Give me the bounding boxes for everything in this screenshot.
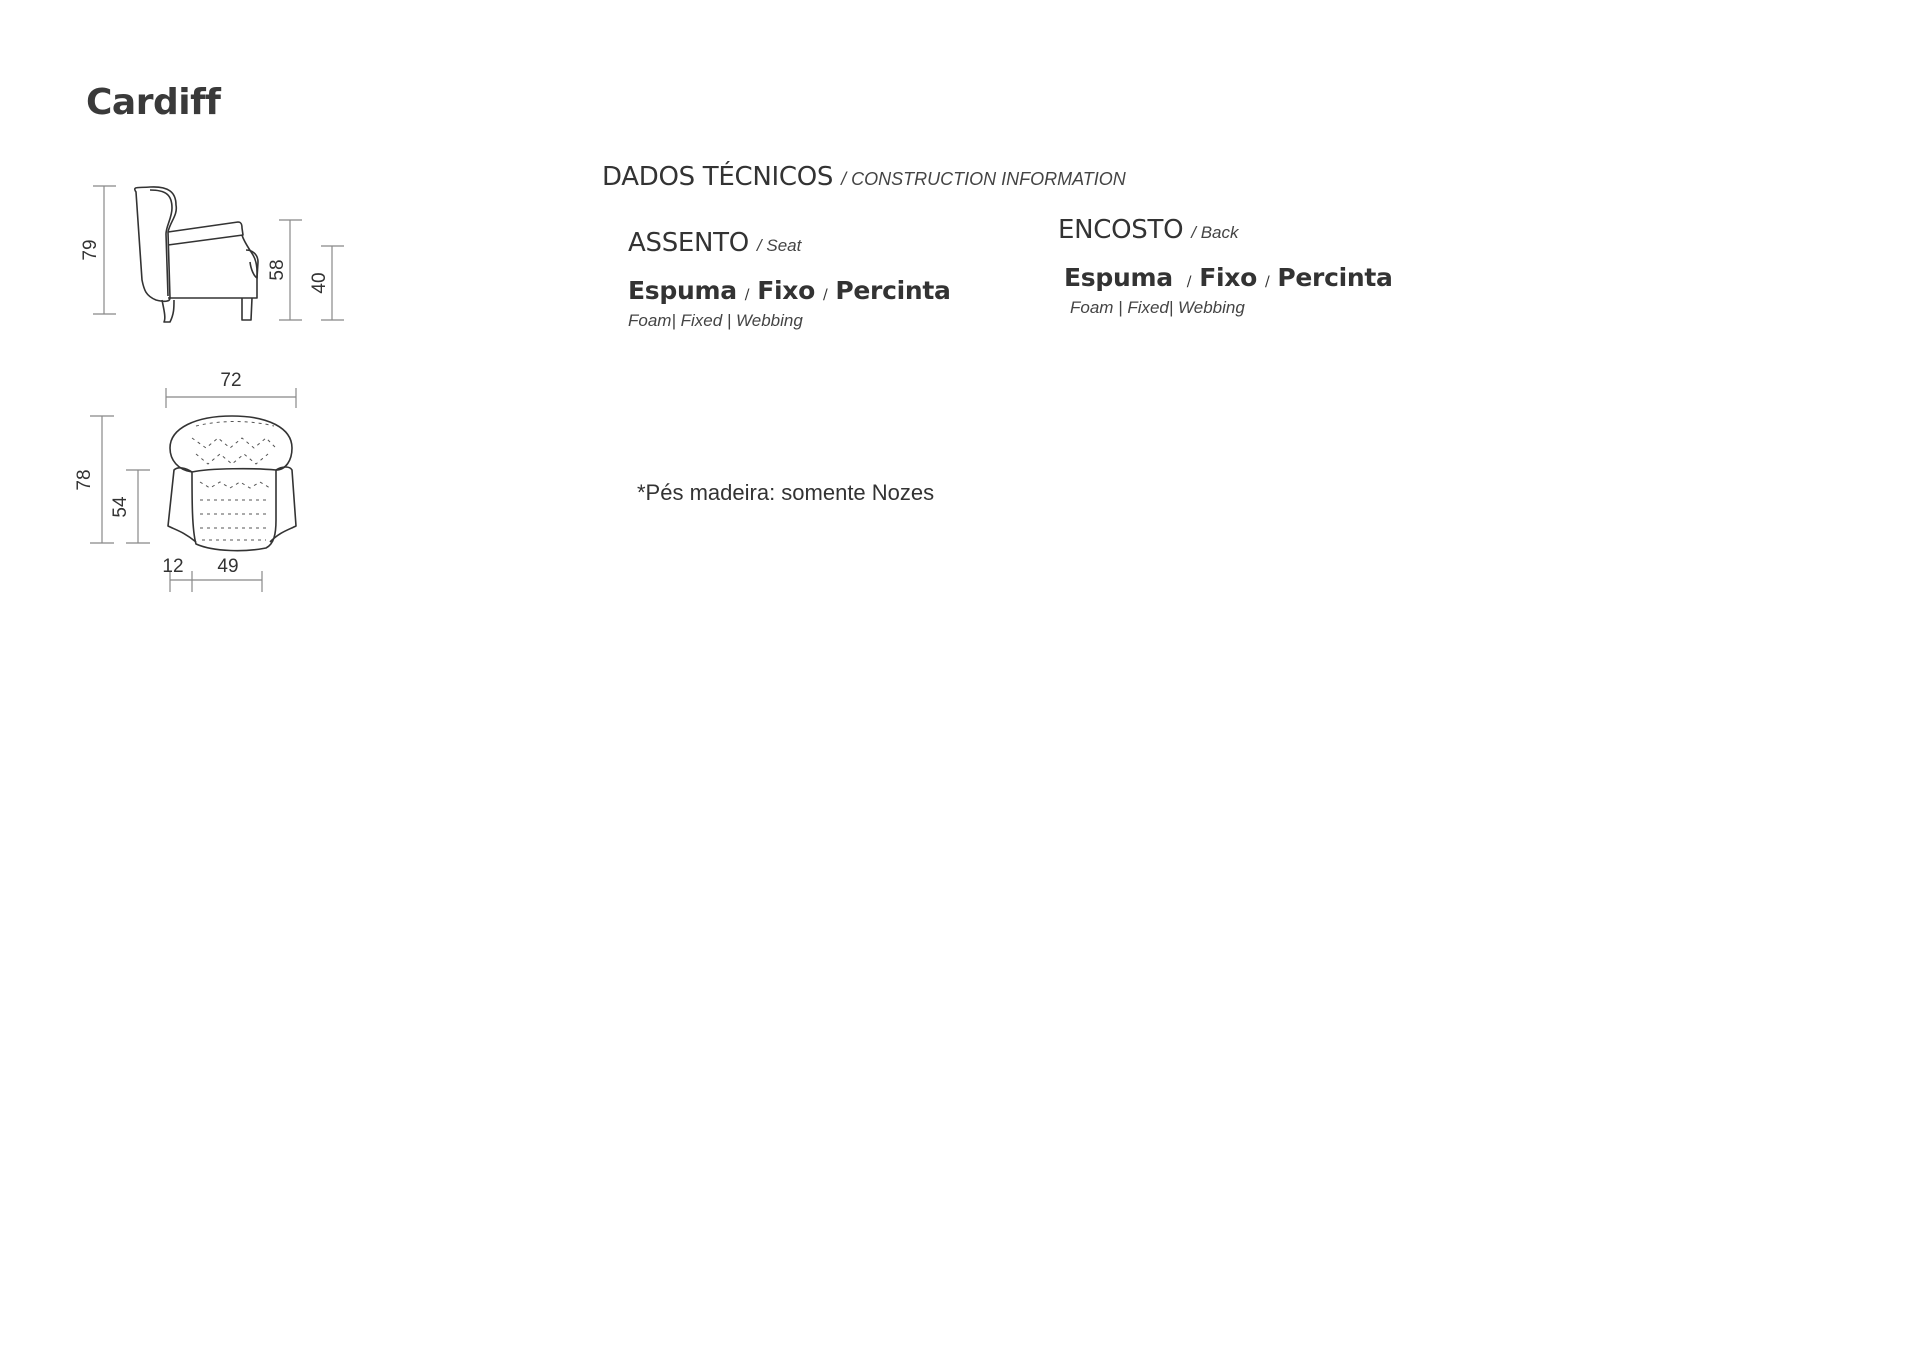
separator: / — [1187, 274, 1191, 290]
seat-title: ASSENTO — [628, 228, 749, 258]
seat-title-en: / Seat — [757, 236, 801, 255]
tufting-pattern — [192, 422, 276, 541]
top-view-drawing — [168, 416, 296, 551]
back-materials: Espuma/Fixo/Percinta — [1064, 263, 1393, 292]
separator: / — [745, 287, 749, 303]
dim-seat-width: 49 — [217, 556, 238, 577]
dim-seat-height: 40 — [309, 272, 330, 293]
dim-total-height: 79 — [80, 239, 101, 260]
separator: / — [823, 287, 827, 303]
dim-seat-depth: 54 — [110, 496, 131, 518]
dim-width: 72 — [220, 370, 241, 391]
seat-section: ASSENTO/ Seat Espuma/Fixo/Percinta Foam|… — [628, 228, 951, 331]
technical-heading: DADOS TÉCNICOS/ CONSTRUCTION INFORMATION — [602, 162, 1126, 192]
top-dimension-lines — [90, 388, 296, 592]
dim-arm-height: 58 — [267, 259, 288, 280]
technical-drawings: 79 58 40 72 78 54 12 — [0, 0, 420, 620]
back-materials-en: Foam | Fixed| Webbing — [1070, 298, 1393, 318]
back-material-webbing: Percinta — [1277, 263, 1392, 292]
back-material-foam: Espuma — [1064, 263, 1173, 292]
back-title-en: / Back — [1191, 223, 1238, 242]
separator: / — [1265, 274, 1269, 290]
back-title: ENCOSTO — [1058, 215, 1183, 245]
dim-arm-width: 12 — [162, 556, 183, 577]
dim-depth: 78 — [74, 469, 95, 490]
seat-materials: Espuma/Fixo/Percinta — [628, 276, 951, 305]
side-dimension-lines — [93, 186, 344, 320]
back-material-fixed: Fixo — [1199, 263, 1257, 292]
seat-material-foam: Espuma — [628, 276, 737, 305]
seat-material-webbing: Percinta — [835, 276, 950, 305]
seat-material-fixed: Fixo — [757, 276, 815, 305]
wood-feet-note: *Pés madeira: somente Nozes — [637, 480, 934, 506]
back-section: ENCOSTO/ Back Espuma/Fixo/Percinta Foam … — [1058, 215, 1393, 318]
technical-heading-pt: DADOS TÉCNICOS — [602, 162, 833, 192]
technical-heading-en: / CONSTRUCTION INFORMATION — [841, 169, 1126, 189]
side-view-drawing — [135, 187, 258, 322]
seat-materials-en: Foam| Fixed | Webbing — [628, 311, 951, 331]
